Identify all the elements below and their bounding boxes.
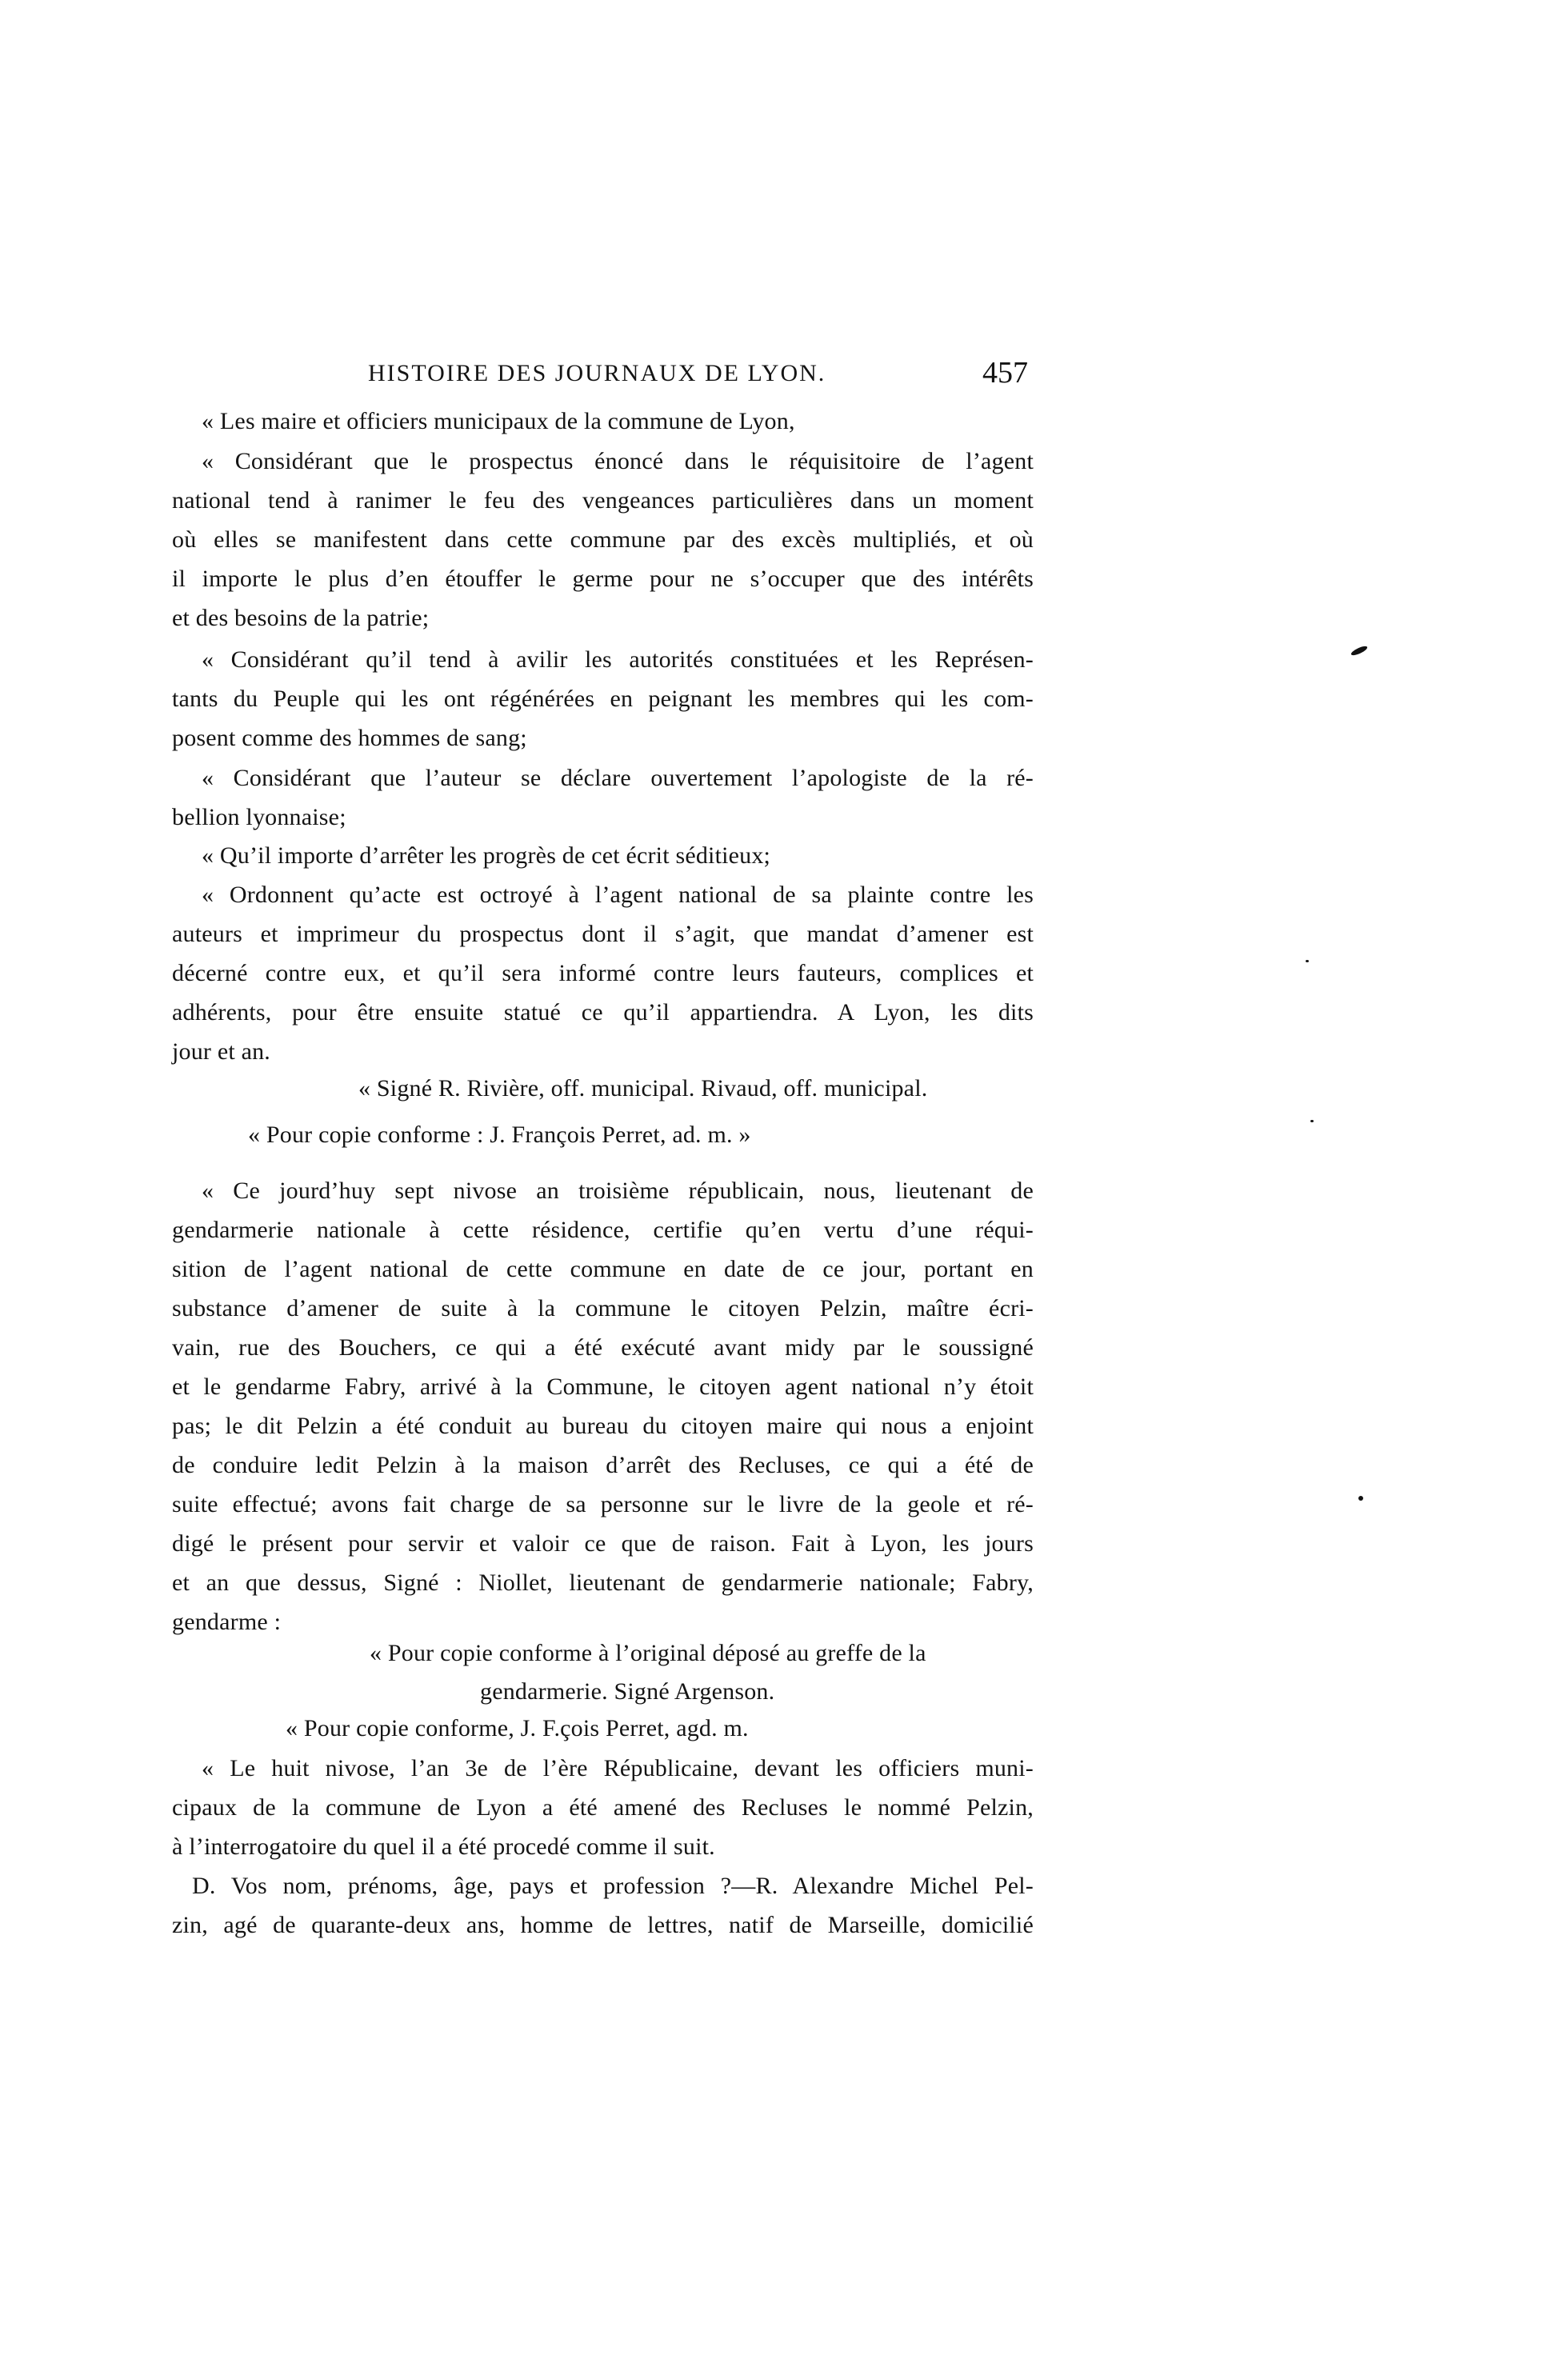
text-line: bellion lyonnaise; bbox=[172, 806, 346, 830]
ink-speck bbox=[1358, 1496, 1363, 1501]
text-line: cipaux de la commune de Lyon a été amené… bbox=[172, 1796, 1034, 1820]
text-line: digé le présent pour servir et valoir ce… bbox=[172, 1532, 1034, 1556]
signature-line: « Pour copie conforme à l’original dépos… bbox=[370, 1641, 926, 1665]
ink-speck bbox=[1306, 960, 1309, 962]
text-line: gendarmerie nationale à cette résidence,… bbox=[172, 1218, 1034, 1242]
text-line: « Considérant qu’il tend à avilir les au… bbox=[202, 648, 1034, 672]
ink-speck bbox=[1310, 1120, 1314, 1122]
text-line: adhérents, pour être ensuite statué ce q… bbox=[172, 1001, 1034, 1025]
signature-line: « Pour copie conforme, J. F.çois Perret,… bbox=[286, 1717, 749, 1741]
text-line: il importe le plus d’en étouffer le germ… bbox=[172, 567, 1034, 591]
text-line: et des besoins de la patrie; bbox=[172, 606, 429, 630]
text-line: tants du Peuple qui les ont régénérées e… bbox=[172, 687, 1034, 711]
text-line: auteurs et imprimeur du prospectus dont … bbox=[172, 922, 1034, 946]
text-line: substance d’amener de suite à la commune… bbox=[172, 1297, 1034, 1321]
text-line: « Ce jourd’huy sept nivose an troisième … bbox=[202, 1179, 1034, 1203]
page-number: 457 bbox=[982, 355, 1028, 390]
text-line: posent comme des hommes de sang; bbox=[172, 726, 527, 750]
signature-line: gendarmerie. Signé Argenson. bbox=[480, 1680, 774, 1704]
text-line: « Qu’il importe d’arrêter les progrès de… bbox=[202, 844, 770, 868]
text-line: gendarme : bbox=[172, 1610, 281, 1634]
text-line: jour et an. bbox=[172, 1040, 270, 1064]
text-line: « Considérant que le prospectus énoncé d… bbox=[202, 450, 1034, 474]
ink-speck bbox=[1350, 645, 1369, 658]
book-page: HISTOIRE DES JOURNAUX DE LYON. 457 « Les… bbox=[0, 0, 1568, 2375]
text-line: vain, rue des Bouchers, ce qui a été exé… bbox=[172, 1336, 1034, 1360]
signature-line: « Signé R. Rivière, off. municipal. Riva… bbox=[358, 1077, 927, 1101]
text-line: « Ordonnent qu’acte est octroyé à l’agen… bbox=[202, 883, 1034, 907]
text-line: et le gendarme Fabry, arrivé à la Commun… bbox=[172, 1375, 1034, 1399]
text-line: suite effectué; avons fait charge de sa … bbox=[172, 1493, 1034, 1517]
text-line: à l’interrogatoire du quel il a été proc… bbox=[172, 1835, 715, 1859]
text-line: décerné contre eux, et qu’il sera inform… bbox=[172, 962, 1034, 986]
text-line: zin, agé de quarante-deux ans, homme de … bbox=[172, 1913, 1034, 1937]
text-line: « Le huit nivose, l’an 3e de l’ère Répub… bbox=[202, 1757, 1034, 1781]
text-line: D. Vos nom, prénoms, âge, pays et profes… bbox=[192, 1874, 1034, 1898]
text-line: national tend à ranimer le feu des venge… bbox=[172, 489, 1034, 513]
text-line: sition de l’agent national de cette comm… bbox=[172, 1257, 1034, 1281]
text-line: de conduire ledit Pelzin à la maison d’a… bbox=[172, 1453, 1034, 1477]
text-line: « Considérant que l’auteur se déclare ou… bbox=[202, 766, 1034, 790]
text-line: « Les maire et officiers municipaux de l… bbox=[202, 410, 795, 434]
running-title: HISTOIRE DES JOURNAUX DE LYON. bbox=[368, 360, 826, 387]
text-line: et an que dessus, Signé : Niollet, lieut… bbox=[172, 1571, 1034, 1595]
text-line: où elles se manifestent dans cette commu… bbox=[172, 528, 1034, 552]
signature-line: « Pour copie conforme : J. François Perr… bbox=[248, 1123, 751, 1147]
text-line: pas; le dit Pelzin a été conduit au bure… bbox=[172, 1414, 1034, 1438]
